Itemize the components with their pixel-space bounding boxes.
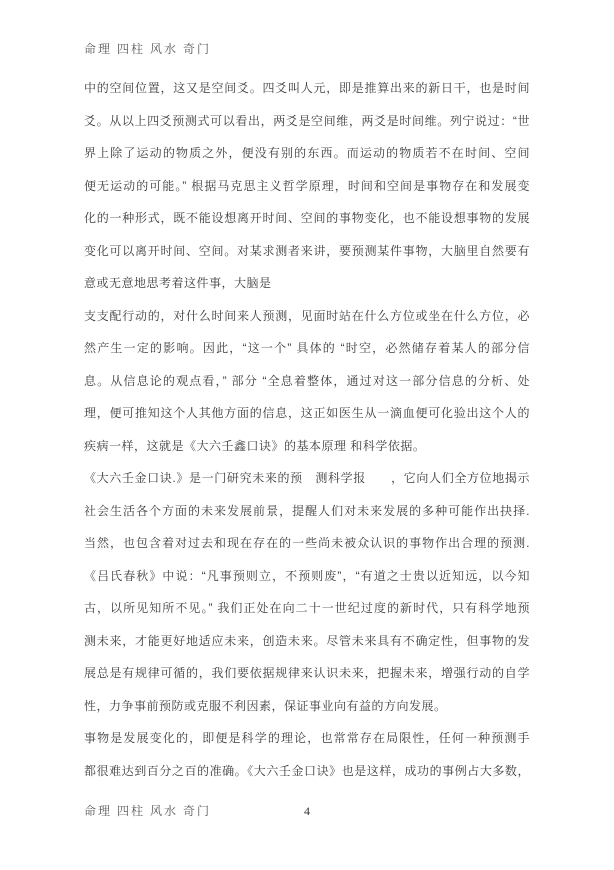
text-line: 息。从信息论的观点看，” 部分 “全息着整体，通过对这一部分信息的分析、处	[84, 365, 530, 398]
text-line: 疾病一样，这就是《大六壬鑫口诀》的基本原理 和科学依据。	[84, 430, 530, 463]
text-line: 爻。从以上四爻预测式可以看出，两爻是空间维，两爻是时间维。列宁说过：“世	[84, 105, 530, 138]
text-line: 事物是发展变化的，即便是科学的理论，也常常存在局限性，任何一种预测手段，	[84, 722, 530, 755]
text-line: 古，以所见知所不见。” 我们正处在向二十一世纪过度的新时代，只有科学地预	[84, 592, 530, 625]
text-line: 中的空间位置，这又是空间爻。四爻叫人元，即是推算出来的新日干，也是时间	[84, 72, 530, 105]
text-line: 化的一种形式，既不能设想离开时间、空间的事物变化，也不能设想事物的发展	[84, 202, 530, 235]
text-line: 理，便可推知这个人其他方面的信息，这正如医生从一滴血便可化验出这个人的	[84, 397, 530, 430]
text-line: 社会生活各个方面的未来发展前景，提醒人们对未来发展的多种可能作出抉择.	[84, 495, 530, 528]
running-header: 命理 四柱 风水 奇门	[84, 42, 211, 56]
text-line: 都很难达到百分之百的准确。《大六壬金口诀》也是这样，成功的事例占大多数，	[84, 755, 530, 788]
text-line: 然产生一定的影响。因此，“这一个” 具体的 “时空，必然储存着某人的部分信	[84, 332, 530, 365]
text-line: 便无运动的可能。” 根据马克思主义哲学原理，时间和空间是事物存在和发展变	[84, 170, 530, 203]
text-line: 《大六壬金口诀.》是一门研究未来的预 测科学报 ，它向人们全方位地揭示	[84, 462, 530, 495]
running-footer: 命理 四柱 风水 奇门 4	[84, 803, 530, 819]
text-line: 界上除了运动的物质之外，便没有别的东西。而运动的物质若不在时间、空间中，	[84, 137, 530, 170]
page-number: 4	[84, 803, 530, 819]
text-line: 展总是有规律可循的，我们要依据规律来认识未来，把握未来，增强行动的自学	[84, 657, 530, 690]
text-line: 《吕氏春秋》中说：“凡事预则立，不预则废”，“有道之士贵以近知远，以今知	[84, 560, 530, 593]
document-page: 命理 四柱 风水 奇门 中的空间位置，这又是空间爻。四爻叫人元，即是推算出来的新…	[0, 0, 614, 870]
text-line: 变化可以离开时间、空间。对某求测者来讲，要预测某件事物，大脑里自然要有	[84, 235, 530, 268]
text-line: 测未来，才能更好地适应未来，创造未来。尽管未来具有不确定性，但事物的发	[84, 625, 530, 658]
text-line: 支支配行动的，对什么时间来人预测，见面时站在什么方位或坐在什么方位，必	[84, 300, 530, 333]
text-line: 性，力争事前预防或克服不利因素，保证事业向有益的方向发展。	[84, 690, 530, 723]
text-line: 意或无意地思考着这件事，大脑是	[84, 267, 530, 300]
text-line: 当然，也包含着对过去和现在存在的一些尚未被众认识的事物作出合理的预测.	[84, 527, 530, 560]
document-body: 中的空间位置，这又是空间爻。四爻叫人元，即是推算出来的新日干，也是时间爻。从以上…	[84, 72, 530, 787]
